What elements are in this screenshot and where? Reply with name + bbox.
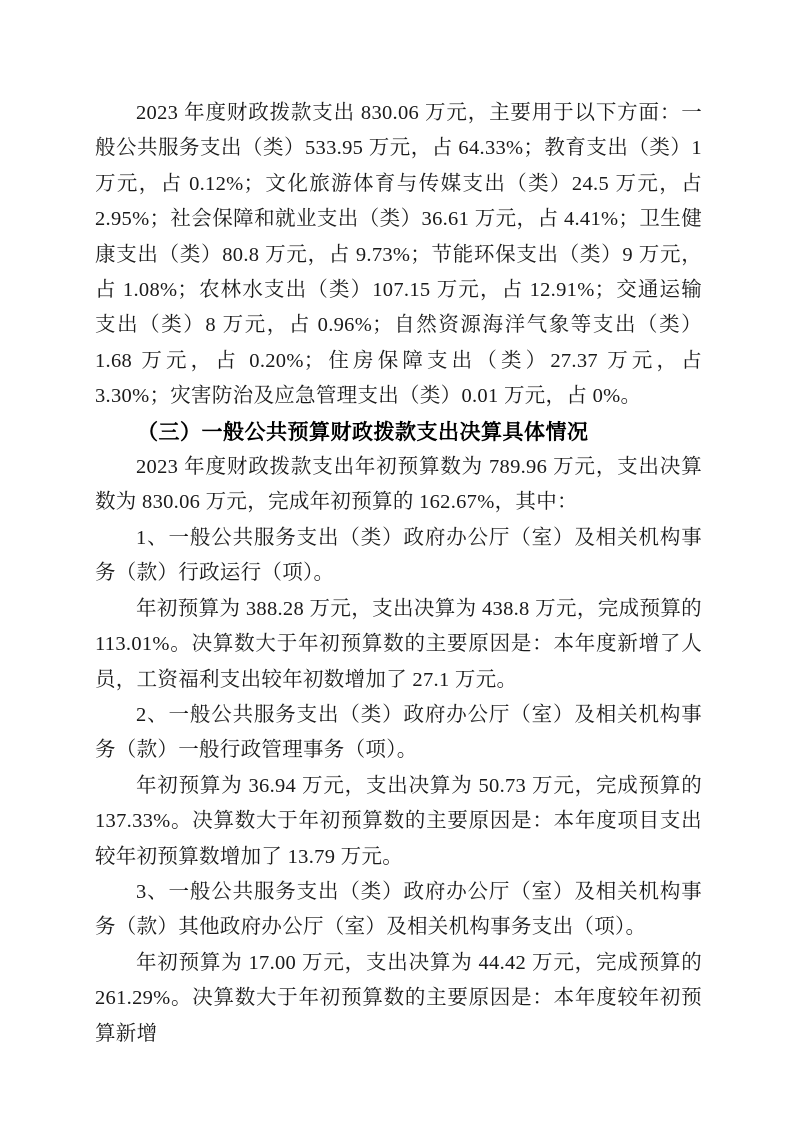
body-paragraph: 2023 年度财政拨款支出 830.06 万元，主要用于以下方面：一般公共服务支… [95, 96, 702, 415]
document-body: 2023 年度财政拨款支出 830.06 万元，主要用于以下方面：一般公共服务支… [95, 96, 702, 1052]
body-paragraph: 2023 年度财政拨款支出年初预算数为 789.96 万元，支出决算数为 830… [95, 450, 702, 521]
body-paragraph: 年初预算为 36.94 万元，支出决算为 50.73 万元，完成预算的 137.… [95, 769, 702, 875]
section-heading: （三）一般公共预算财政拨款支出决算具体情况 [95, 415, 702, 450]
document-page: 2023 年度财政拨款支出 830.06 万元，主要用于以下方面：一般公共服务支… [0, 0, 793, 1122]
body-paragraph: 年初预算为 17.00 万元，支出决算为 44.42 万元，完成预算的 261.… [95, 946, 702, 1052]
body-paragraph: 年初预算为 388.28 万元，支出决算为 438.8 万元，完成预算的 113… [95, 592, 702, 698]
body-paragraph: 1、一般公共服务支出（类）政府办公厅（室）及相关机构事务（款）行政运行（项）。 [95, 521, 702, 592]
body-paragraph: 2、一般公共服务支出（类）政府办公厅（室）及相关机构事务（款）一般行政管理事务（… [95, 698, 702, 769]
body-paragraph: 3、一般公共服务支出（类）政府办公厅（室）及相关机构事务（款）其他政府办公厅（室… [95, 875, 702, 946]
